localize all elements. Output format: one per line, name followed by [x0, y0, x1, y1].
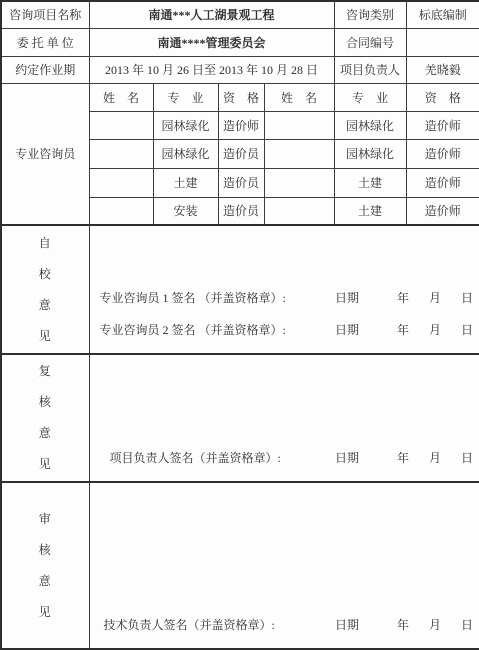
date-label: 日期: [335, 449, 359, 466]
spec-name-cell: [264, 197, 334, 225]
spec-qual-cell: 造价员: [218, 168, 264, 197]
spec-major-cell: 土建: [334, 168, 406, 197]
spec-header-major-1: 专 业: [153, 83, 218, 111]
spec-name-cell: [89, 111, 153, 139]
sign-line-consultant-2: 专业咨询员 2 签名 （并盖资格章）: 日期 年 月 日: [90, 321, 479, 338]
sign-label: 项目负责人签名（并盖资格章）:: [110, 449, 281, 466]
consult-type-value: 标底编制: [406, 1, 479, 28]
date-group: 日期 年 月 日: [335, 321, 479, 338]
section-audit: 审 核 意 见 技术负责人签名（并盖资格章）: 日期 年 月 日: [1, 482, 479, 649]
spec-qual-cell: 造价员: [218, 139, 264, 168]
date-label: 日期: [335, 321, 359, 338]
project-manager-label: 项目负责人: [334, 56, 406, 83]
day-label: 日: [461, 616, 473, 633]
spec-header-major-2: 专 业: [334, 83, 406, 111]
month-label: 月: [429, 321, 441, 338]
day-label: 日: [461, 449, 473, 466]
specialists-header-row: 专业咨询员 姓 名 专 业 资 格 姓 名 专 业 资 格: [1, 83, 479, 111]
spec-header-name-2: 姓 名: [264, 83, 334, 111]
spec-header-qual-1: 资 格: [218, 83, 264, 111]
contract-no-label: 合同编号: [334, 28, 406, 56]
year-label: 年: [397, 289, 409, 306]
client-label: 委 托 单 位: [1, 28, 89, 56]
date-label: 日期: [335, 616, 359, 633]
sign-line-technical-manager: 技术负责人签名（并盖资格章）: 日期 年 月 日: [90, 616, 479, 633]
spec-name-cell: [264, 168, 334, 197]
spec-major-cell: 土建: [334, 197, 406, 225]
self-check-content: 专业咨询员 1 签名 （并盖资格章）: 日期 年 月 日 专业咨询员 2 签名 …: [89, 225, 479, 354]
self-check-label: 自 校 意 见: [1, 225, 89, 354]
month-label: 月: [429, 616, 441, 633]
spec-major-cell: 安装: [153, 197, 218, 225]
info-row-client: 委 托 单 位 南通****管理委员会 合同编号: [1, 28, 479, 56]
project-name-label: 咨询项目名称: [1, 1, 89, 28]
info-row-period: 约定作业期 2013 年 10 月 26 日至 2013 年 10 月 28 日…: [1, 56, 479, 83]
section-self-check: 自 校 意 见 专业咨询员 1 签名 （并盖资格章）: 日期 年 月 日 专业咨…: [1, 225, 479, 354]
spec-qual-cell: 造价师: [406, 168, 479, 197]
work-period-label: 约定作业期: [1, 56, 89, 83]
date-label: 日期: [335, 289, 359, 306]
month-label: 月: [429, 289, 441, 306]
spec-name-cell: [264, 111, 334, 139]
spec-header-qual-2: 资 格: [406, 83, 479, 111]
consult-type-label: 咨询类别: [334, 1, 406, 28]
spec-header-name-1: 姓 名: [89, 83, 153, 111]
sign-line-project-manager: 项目负责人签名（并盖资格章）: 日期 年 月 日: [90, 449, 479, 466]
sign-label: 专业咨询员 2 签名 （并盖资格章）:: [100, 321, 286, 338]
spec-major-cell: 园林绿化: [334, 139, 406, 168]
sign-label: 技术负责人签名（并盖资格章）:: [104, 616, 275, 633]
day-label: 日: [461, 289, 473, 306]
spec-major-cell: 园林绿化: [153, 139, 218, 168]
sign-line-consultant-1: 专业咨询员 1 签名 （并盖资格章）: 日期 年 月 日: [90, 289, 479, 306]
sign-label: 专业咨询员 1 签名 （并盖资格章）:: [100, 289, 286, 306]
year-label: 年: [397, 449, 409, 466]
specialists-label: 专业咨询员: [1, 83, 89, 225]
project-manager-value: 羌晓毅: [406, 56, 479, 83]
info-row-project: 咨询项目名称 南通***人工湖景观工程 咨询类别 标底编制: [1, 1, 479, 28]
spec-qual-cell: 造价师: [218, 111, 264, 139]
date-group: 日期 年 月 日: [335, 289, 479, 306]
spec-name-cell: [264, 139, 334, 168]
section-review: 复 核 意 见 项目负责人签名（并盖资格章）: 日期 年 月 日: [1, 354, 479, 482]
review-label: 复 核 意 见: [1, 354, 89, 482]
date-group: 日期 年 月 日: [335, 616, 479, 633]
client-value: 南通****管理委员会: [89, 28, 334, 56]
spec-major-cell: 土建: [153, 168, 218, 197]
spec-qual-cell: 造价员: [218, 197, 264, 225]
audit-content: 技术负责人签名（并盖资格章）: 日期 年 月 日: [89, 482, 479, 649]
spec-qual-cell: 造价师: [406, 197, 479, 225]
work-period-value: 2013 年 10 月 26 日至 2013 年 10 月 28 日: [89, 56, 334, 83]
contract-no-value: [406, 28, 479, 56]
date-group: 日期 年 月 日: [335, 449, 479, 466]
project-name-value: 南通***人工湖景观工程: [89, 1, 334, 28]
audit-label: 审 核 意 见: [1, 482, 89, 649]
spec-major-cell: 园林绿化: [334, 111, 406, 139]
review-content: 项目负责人签名（并盖资格章）: 日期 年 月 日: [89, 354, 479, 482]
spec-name-cell: [89, 168, 153, 197]
year-label: 年: [397, 616, 409, 633]
day-label: 日: [461, 321, 473, 338]
spec-major-cell: 园林绿化: [153, 111, 218, 139]
year-label: 年: [397, 321, 409, 338]
spec-qual-cell: 造价师: [406, 111, 479, 139]
spec-name-cell: [89, 197, 153, 225]
spec-name-cell: [89, 139, 153, 168]
consultation-form-table: 咨询项目名称 南通***人工湖景观工程 咨询类别 标底编制 委 托 单 位 南通…: [0, 0, 479, 650]
spec-qual-cell: 造价师: [406, 139, 479, 168]
month-label: 月: [429, 449, 441, 466]
